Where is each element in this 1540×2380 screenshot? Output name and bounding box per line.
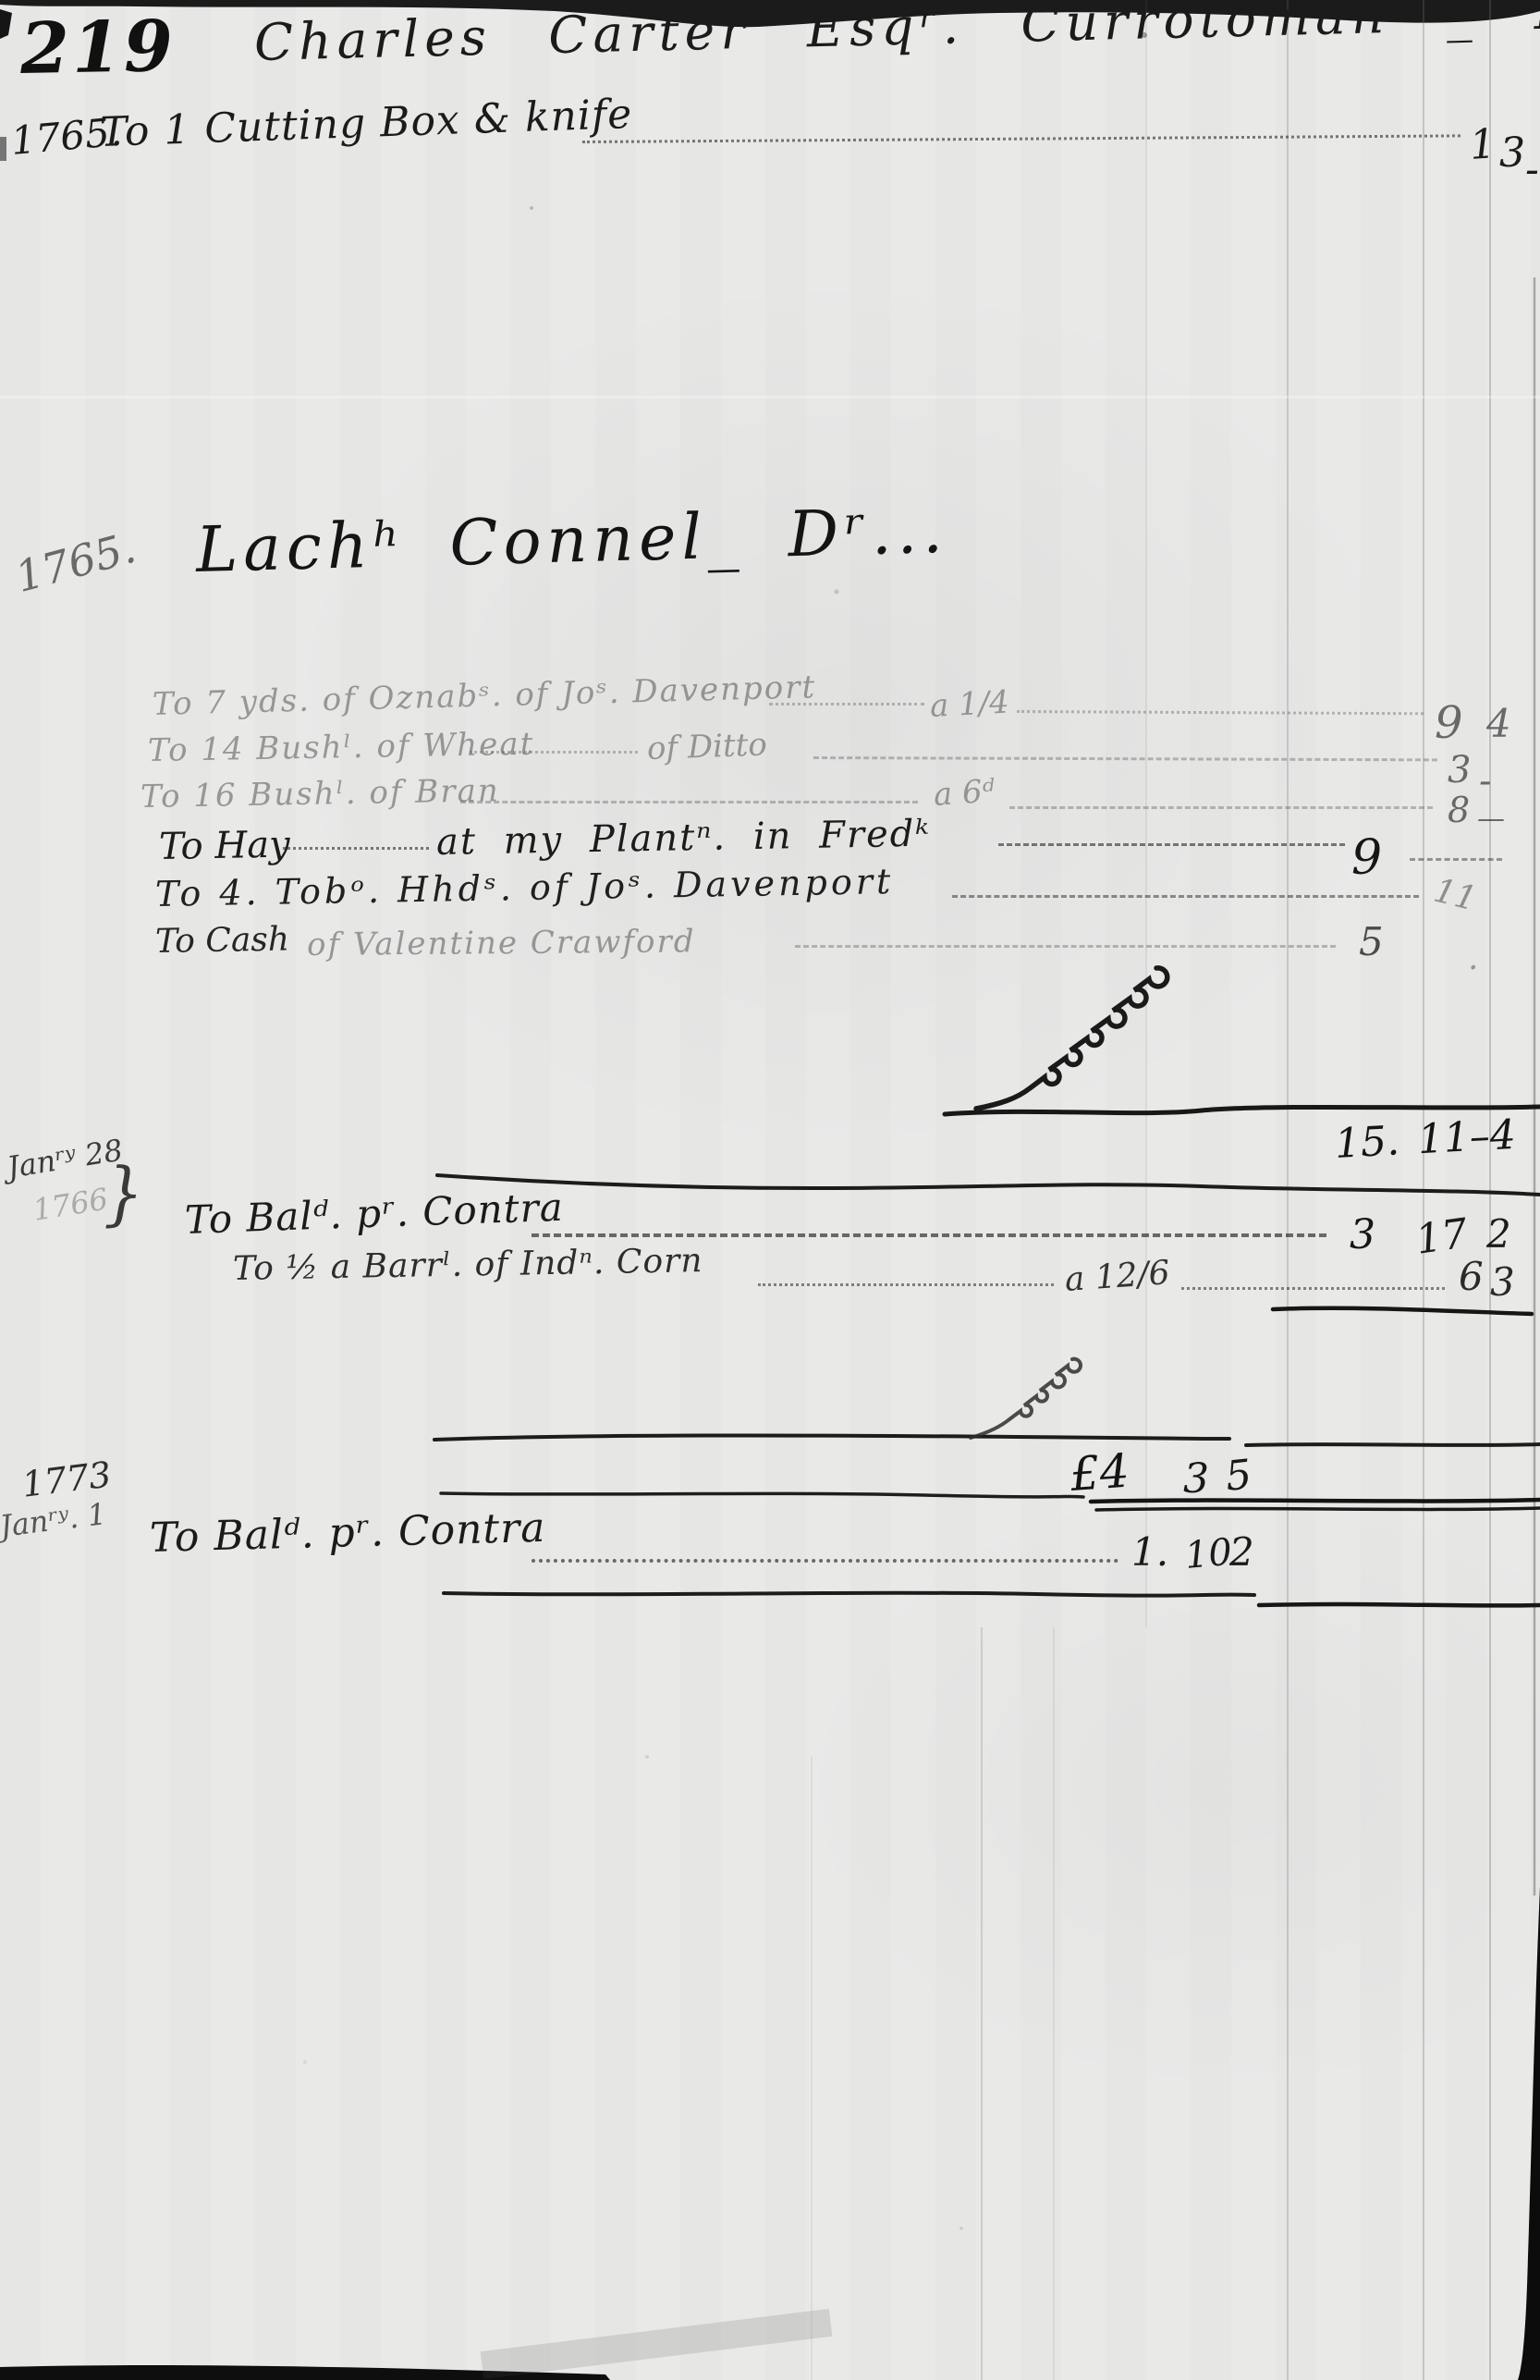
amount-shillings: 1 <box>1468 120 1497 169</box>
subtotal-amount: 15. 11–4 <box>1334 1111 1517 1168</box>
amount-pence: — <box>1477 803 1505 835</box>
amount-pounds: 3 <box>1350 1211 1375 1258</box>
underline <box>1273 1308 1532 1314</box>
ink-speck <box>530 206 533 210</box>
amount-pence: . <box>1468 939 1478 977</box>
dashed-leader <box>1410 858 1502 861</box>
amount-pounds: 9 <box>1351 830 1382 886</box>
date-brace: } <box>104 1154 143 1234</box>
amount-pounds: 1. <box>1131 1529 1168 1575</box>
ledger-page: 219 Charles Carter Esqʳ. Currotoman _ D … <box>0 0 1540 2380</box>
amount-pence: 4 <box>1486 701 1511 746</box>
dotted-leader <box>470 751 638 754</box>
dotted-leader <box>758 1283 1054 1286</box>
total-shillings: 3 <box>1183 1455 1209 1503</box>
left-edge-mark <box>0 9 12 39</box>
dotted-leader <box>283 847 429 850</box>
dashed-leader <box>998 843 1345 846</box>
entry-rate: a 12/6 <box>1064 1254 1171 1299</box>
ink-speck <box>835 590 839 595</box>
total-pence: 5 <box>1223 1451 1253 1501</box>
amount-shillings: 6 <box>1459 1254 1484 1299</box>
amount-pence: 2 <box>1486 1211 1511 1257</box>
entry-note: at my Plantⁿ. in Fredᵏ <box>436 813 932 864</box>
sum-rule <box>1246 1444 1540 1445</box>
ledger-entry-desc: To Cash <box>155 920 290 961</box>
dashed-leader <box>795 945 1336 948</box>
sum-rule <box>434 1435 1229 1440</box>
sum-rule <box>437 1175 1540 1195</box>
amount-shillings: 9 <box>1435 697 1463 749</box>
amount-dash: - <box>1525 146 1539 193</box>
total-underline <box>1096 1508 1540 1510</box>
amount-shillings: 8 <box>1448 790 1470 830</box>
ledger-entry-desc: To 16 Bushˡ. of Bran <box>141 772 500 816</box>
bottom-rule <box>1259 1604 1540 1605</box>
dashed-leader <box>460 801 918 804</box>
amount-pence: 2 <box>1229 1529 1254 1575</box>
entry-rate: a 6ᵈ <box>933 772 996 814</box>
amount-shillings: 3 <box>1448 749 1471 791</box>
sum-rule <box>441 1493 1083 1497</box>
pen-flourish <box>971 1359 1081 1438</box>
dotted-leader <box>532 1559 1118 1563</box>
total-pounds: £4 <box>1069 1444 1131 1502</box>
entry-note: of Valentine Crawford <box>307 923 696 963</box>
bottom-smudge <box>481 2309 833 2379</box>
ledger-entry-desc: To 14 Bushˡ. of Wheat <box>148 726 535 769</box>
amount-pence: - <box>1479 760 1492 803</box>
amount-pence: 3 <box>1490 1259 1515 1305</box>
sum-rule <box>945 1107 1540 1114</box>
dotted-leader <box>1181 1287 1445 1290</box>
page-number: 219 <box>19 5 176 90</box>
entry-note: of Ditto <box>646 726 767 767</box>
pen-flourish <box>976 968 1167 1109</box>
bottom-rule <box>444 1593 1254 1596</box>
dashed-leader <box>532 1233 1326 1237</box>
ink-speck <box>959 2227 963 2230</box>
dashed-leader <box>952 895 1419 898</box>
amount-pence: 3 <box>1499 129 1525 177</box>
paper-crease <box>0 396 1540 399</box>
left-edge-mark <box>0 137 6 161</box>
ink-speck <box>303 2060 307 2064</box>
page-decorations <box>0 0 1540 2380</box>
amount-pounds: 5 <box>1359 919 1384 964</box>
dotted-leader <box>769 703 924 705</box>
right-film-edge <box>1518 1886 1540 2380</box>
total-underline <box>1091 1500 1540 1502</box>
amount-shillings: 10 <box>1183 1531 1234 1577</box>
dashed-leader <box>1009 806 1433 809</box>
ink-speck <box>645 1755 649 1759</box>
ledger-entry-desc: To Hay <box>159 824 290 868</box>
entry-rate: a 1/4 <box>929 684 1010 725</box>
